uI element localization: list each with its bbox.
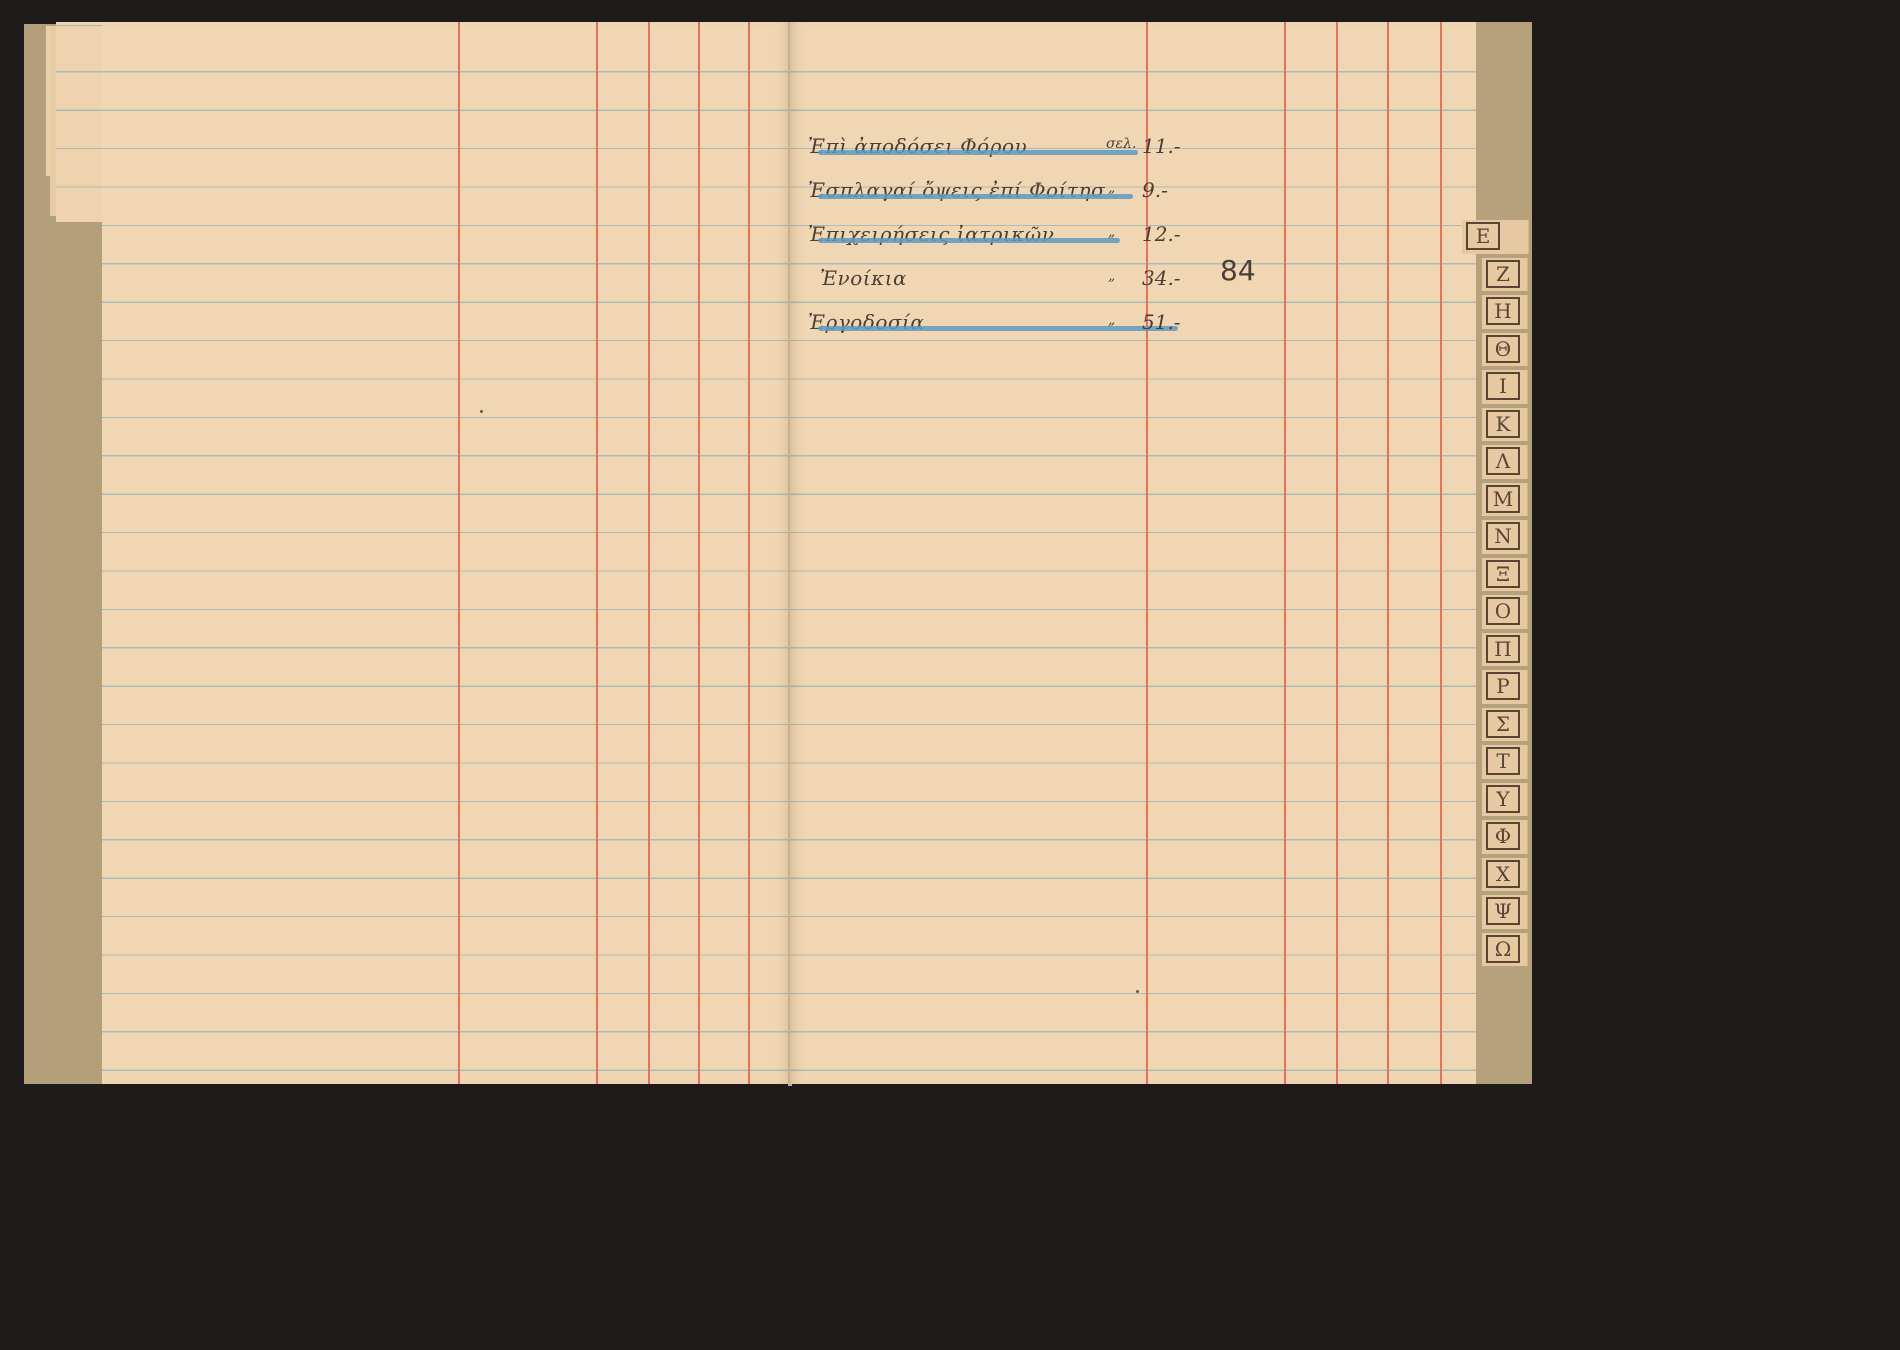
index-tab-tau[interactable]: Τ — [1482, 745, 1528, 779]
left-page — [102, 22, 790, 1084]
column-line — [648, 22, 650, 1084]
index-tab-eta[interactable]: Η — [1482, 295, 1528, 329]
tab-letter: Ι — [1486, 372, 1520, 400]
tab-letter: Ε — [1466, 222, 1500, 250]
index-tab-iota[interactable]: Ι — [1482, 370, 1528, 404]
blue-pencil-strikethrough — [818, 238, 1120, 243]
tab-letter: Θ — [1486, 335, 1520, 363]
entry-ref: „ — [1108, 180, 1115, 196]
entry-ref: „ — [1108, 224, 1115, 240]
tab-letter: Τ — [1486, 747, 1520, 775]
index-tab-chi[interactable]: Χ — [1482, 858, 1528, 892]
index-entry: Ἐπιχειρήσεις ἰατρικῶν „ 12.- — [808, 216, 1288, 260]
index-entry: Ἐνοίκια „ 34.- 84 — [808, 260, 1288, 304]
index-tab-pi[interactable]: Π — [1482, 633, 1528, 667]
blue-pencil-strikethrough — [818, 326, 1178, 331]
tab-letter: Κ — [1486, 410, 1520, 438]
index-tab-omega[interactable]: Ω — [1482, 933, 1528, 967]
column-line — [1440, 22, 1442, 1084]
column-line — [698, 22, 700, 1084]
index-tab-sigma[interactable]: Σ — [1482, 708, 1528, 742]
tab-letter: Υ — [1486, 785, 1520, 813]
tab-letter: Η — [1486, 297, 1520, 325]
tab-letter: Μ — [1486, 485, 1520, 513]
alphabet-index-tabs: Ε Ζ Η Θ Ι Κ Λ Μ Ν Ξ Ο Π Ρ Σ Τ Υ Φ Χ Ψ Ω — [1482, 220, 1528, 970]
tab-letter: Φ — [1486, 822, 1520, 850]
entry-ref: „ — [1108, 312, 1115, 328]
index-tab-xi[interactable]: Ξ — [1482, 558, 1528, 592]
entry-page: 51.- — [1142, 310, 1181, 334]
index-tab-mu[interactable]: Μ — [1482, 483, 1528, 517]
entry-ref: „ — [1108, 268, 1115, 284]
entry-ref: σελ. — [1106, 136, 1136, 152]
column-line — [748, 22, 750, 1084]
tab-letter: Λ — [1486, 447, 1520, 475]
entry-total: 84 — [1220, 254, 1256, 287]
index-tab-upsilon[interactable]: Υ — [1482, 783, 1528, 817]
tab-letter: Ψ — [1486, 897, 1520, 925]
tab-letter: Ν — [1486, 522, 1520, 550]
entry-page: 12.- — [1142, 222, 1181, 246]
entry-page: 11.- — [1142, 134, 1181, 158]
margin-line — [458, 22, 460, 1084]
index-tab-rho[interactable]: Ρ — [1482, 670, 1528, 704]
index-tab-phi[interactable]: Φ — [1482, 820, 1528, 854]
index-entry: Ἐπὶ ἀποδόσει Φόρου σελ. 11.- — [808, 128, 1288, 172]
index-tab-zeta[interactable]: Ζ — [1482, 258, 1528, 292]
tab-letter: Ζ — [1486, 260, 1520, 288]
index-entry: Ἐσπλαγαί ὄψεις ἐπί Φοίτησ „ 9.- — [808, 172, 1288, 216]
index-tab-omicron[interactable]: Ο — [1482, 595, 1528, 629]
tab-letter: Ω — [1486, 935, 1520, 963]
blue-pencil-strikethrough — [818, 194, 1133, 199]
index-entry: Ἐργοδοσία „ 51.- — [808, 304, 1288, 348]
entry-page: 34.- — [1142, 266, 1181, 290]
index-tab-psi[interactable]: Ψ — [1482, 895, 1528, 929]
index-tab-kappa[interactable]: Κ — [1482, 408, 1528, 442]
entry-page: 9.- — [1142, 178, 1168, 202]
tab-letter: Π — [1486, 635, 1520, 663]
blue-pencil-strikethrough — [818, 150, 1138, 155]
tab-letter: Σ — [1486, 710, 1520, 738]
entry-label: Ἐνοίκια — [820, 266, 907, 290]
index-tab-nu[interactable]: Ν — [1482, 520, 1528, 554]
tab-letter: Ξ — [1486, 560, 1520, 588]
tab-letter: Χ — [1486, 860, 1520, 888]
column-line — [1387, 22, 1389, 1084]
column-line — [596, 22, 598, 1084]
tab-letter: Ρ — [1486, 672, 1520, 700]
tab-letter: Ο — [1486, 597, 1520, 625]
column-line — [1336, 22, 1338, 1084]
index-tab-epsilon[interactable]: Ε — [1462, 220, 1529, 254]
index-tab-theta[interactable]: Θ — [1482, 333, 1528, 367]
index-entries: Ἐπὶ ἀποδόσει Φόρου σελ. 11.- Ἐσπλαγαί ὄψ… — [808, 128, 1288, 348]
index-tab-lambda[interactable]: Λ — [1482, 445, 1528, 479]
paper-speck — [480, 410, 483, 413]
paper-speck — [1136, 990, 1139, 993]
